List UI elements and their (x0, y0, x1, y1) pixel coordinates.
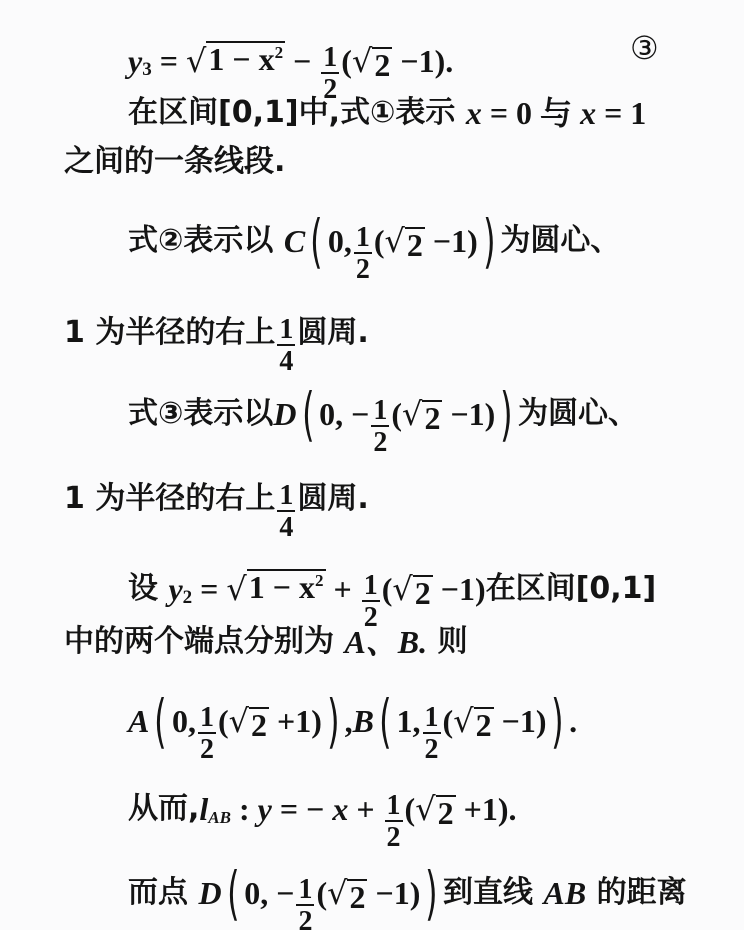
p4-sqrt2: √2 (392, 569, 432, 609)
p3-text-a: 式③表示以 (128, 394, 273, 434)
radical-icon: √ (226, 569, 246, 609)
big-paren-close: ) (500, 389, 512, 439)
p6-l: l (199, 789, 208, 829)
p1-text-a: 在区间[0,1]中,式①表示 (128, 93, 466, 133)
frac-den: 2 (356, 254, 370, 286)
p3-fraction: 12 (371, 397, 389, 459)
p5-separator: , (345, 701, 353, 741)
big-paren-close: ) (552, 696, 564, 746)
paragraph-1-cont: 之间的一条线段. (64, 142, 285, 182)
big-paren-open: ( (154, 696, 166, 746)
p1b-text: 之间的一条线段. (64, 142, 285, 182)
p2-text-b: 为圆心、 (500, 221, 620, 261)
p4-text-a: 设 (128, 569, 168, 609)
p3-inner-a: 0, − (319, 394, 369, 434)
radical-icon: √ (453, 701, 473, 741)
sqrt-body: 2 (474, 707, 494, 741)
circled-three-icon: ③ (630, 28, 659, 68)
p4-tail: −1) (433, 569, 486, 609)
p6-x: x (332, 789, 348, 829)
p1-text-c: = 1 (596, 93, 646, 133)
p3-text-b: 为圆心、 (518, 394, 638, 434)
big-paren-close: ) (483, 216, 495, 266)
frac-den: 4 (279, 346, 293, 378)
p7-fraction: 12 (296, 876, 314, 930)
frac-num: 1 (354, 224, 372, 254)
p4b-text-a: 中的两个端点分别为 (64, 622, 344, 662)
p6-y: y (258, 789, 272, 829)
radical-icon: √ (186, 41, 206, 81)
p1-text-b: = 0 与 (482, 93, 580, 133)
sqrt-body: 2 (249, 707, 269, 741)
p7-sqrt: √2 (327, 873, 367, 913)
p4-sqrt-text: 1 − x (249, 569, 315, 605)
p5-b-rest: −1) (494, 701, 547, 741)
big-paren-open: ( (310, 216, 322, 266)
point-b: B (353, 701, 374, 741)
p4-sqrt-sup: 2 (315, 571, 324, 590)
p5-a-fraction: 12 (198, 704, 216, 766)
p5-a-inner: 0, (172, 701, 196, 741)
frac-den: 2 (200, 734, 214, 766)
frac-den: 2 (298, 906, 312, 930)
equation-3: y3 = √1 − x2 − 12 ( √2 −1). (128, 30, 453, 92)
sqrt-body: 2 (405, 227, 425, 261)
eq3-sqrt-sup: 2 (275, 43, 284, 62)
big-paren-open: ( (379, 696, 391, 746)
paragraph-4: 设 y2 = √1 − x2 + 12 ( √2 −1) 在区间[0,1] (128, 558, 656, 620)
frac-num: 1 (296, 876, 314, 906)
frac-num: 1 (423, 704, 441, 734)
p2-inner-c: −1) (425, 221, 478, 261)
frac-num: 1 (277, 482, 295, 512)
p4-lhs-sub: 2 (183, 578, 193, 618)
paragraph-3: 式③表示以 D ( 0, − 12 ( √2 −1) ) 为圆心、 (128, 383, 638, 445)
p2b-fraction: 14 (277, 316, 295, 378)
paragraph-7: 而点 D ( 0, − 12 ( √2 −1) ) 到直线 AB 的距离 (128, 862, 687, 924)
paragraph-5: A ( 0, 12 ( √2 +1) ) , B ( 1, 12 ( √2 −1… (128, 690, 577, 752)
p7-text-c: 的距离 (586, 873, 686, 913)
paren-open: ( (391, 394, 402, 434)
radical-icon: √ (352, 41, 372, 81)
paren-open: ( (316, 873, 327, 913)
p2b-text-b: 圆周. (297, 313, 368, 353)
p4-lhs: y (168, 569, 182, 609)
eq3-sqrt: √1 − x2 (186, 41, 285, 81)
eq3-lhs: y (128, 41, 142, 81)
radical-icon: √ (229, 701, 249, 741)
p1-x1: x (466, 93, 482, 133)
p5-b-fraction: 12 (423, 704, 441, 766)
p3-sqrt: √2 (402, 394, 442, 434)
p2-sqrt: √2 (385, 221, 425, 261)
p4-equals: = (192, 569, 226, 609)
eq3-minus: − (285, 41, 319, 81)
frac-num: 1 (385, 792, 403, 822)
sqrt-body: 2 (413, 575, 433, 609)
equation-label-3: ③ (630, 28, 659, 68)
paragraph-6: 从而, lAB : y = − x + 12 ( √2 +1). (128, 778, 516, 840)
p4-sqrt-body: 1 − x2 (247, 569, 326, 609)
paren-open: ( (382, 569, 393, 609)
sqrt-body: 2 (436, 795, 456, 829)
p6-rest: +1). (456, 789, 517, 829)
p1-x2: x (580, 93, 596, 133)
paren-open: ( (374, 221, 385, 261)
frac-den: 2 (387, 822, 401, 854)
sqrt-body: 2 (422, 400, 442, 434)
frac-num: 1 (277, 316, 295, 346)
p2-fraction: 12 (354, 224, 372, 286)
p5-b-inner: 1, (397, 701, 421, 741)
eq3-lhs-sub: 3 (142, 50, 152, 90)
radical-icon: √ (392, 569, 412, 609)
p7-inner-a: 0, − (244, 873, 294, 913)
frac-den: 2 (373, 427, 387, 459)
radical-icon: √ (385, 221, 405, 261)
p5-a-sqrt: √2 (229, 701, 269, 741)
frac-num: 1 (321, 44, 339, 74)
big-paren-open: ( (227, 868, 239, 918)
p4-sqrt: √1 − x2 (226, 569, 325, 609)
p4b-points: A、B. (344, 622, 427, 662)
p5-a-rest: +1) (269, 701, 322, 741)
big-paren-close: ) (425, 868, 437, 918)
p6-sqrt: √2 (415, 789, 455, 829)
big-paren-close: ) (327, 696, 339, 746)
p6-eq: = − (272, 789, 332, 829)
p7-ab: AB (543, 873, 586, 913)
p7-text-a: 而点 (128, 873, 198, 913)
sqrt-body: 2 (347, 879, 367, 913)
frac-num: 1 (198, 704, 216, 734)
big-paren-open: ( (302, 389, 314, 439)
frac-den: 2 (425, 734, 439, 766)
paren-open: ( (443, 701, 454, 741)
p2b-text-a: 1 为半径的右上 (64, 313, 275, 353)
paren-open: ( (218, 701, 229, 741)
p4b-text-b: 则 (427, 622, 467, 662)
p6-text-a: 从而, (128, 789, 199, 829)
paren-open: ( (405, 789, 416, 829)
paren-open: ( (341, 41, 352, 81)
point-d: D (273, 394, 296, 434)
paragraph-2-cont: 1 为半径的右上 14 圆周. (64, 302, 369, 364)
p3b-text-b: 圆周. (297, 479, 368, 519)
frac-num: 1 (371, 397, 389, 427)
radical-icon: √ (402, 394, 422, 434)
p7-text-b: 到直线 (443, 873, 543, 913)
p3-inner-c: −1) (442, 394, 495, 434)
p6-colon: : (231, 789, 258, 829)
frac-num: 1 (362, 572, 380, 602)
eq3-sqrt-body: 1 − x2 (206, 41, 285, 81)
p3b-text-a: 1 为半径的右上 (64, 479, 275, 519)
radical-icon: √ (415, 789, 435, 829)
paragraph-3-cont: 1 为半径的右上 14 圆周. (64, 468, 369, 530)
p5-b-sqrt: √2 (453, 701, 493, 741)
frac-den: 4 (279, 512, 293, 544)
eq3-tail: −1). (392, 41, 453, 81)
eq3-equals: = (152, 41, 186, 81)
p7-inner-c: −1) (367, 873, 420, 913)
sqrt-body: 2 (372, 47, 392, 81)
p5-end: . (569, 701, 577, 741)
point-a: A (128, 701, 149, 741)
point-d: D (198, 873, 221, 913)
eq3-sqrt-text: 1 − x (208, 41, 274, 77)
p2-inner-a: 0, (328, 221, 352, 261)
eq3-sqrt2: √2 (352, 41, 392, 81)
p3b-fraction: 14 (277, 482, 295, 544)
p6-l-sub: AB (208, 798, 231, 838)
point-c: C (284, 221, 305, 261)
p6-plus: + (348, 789, 382, 829)
paragraph-1: 在区间[0,1]中,式①表示 x = 0 与 x = 1 (128, 93, 646, 133)
radical-icon: √ (327, 873, 347, 913)
p4-plus: + (326, 569, 360, 609)
paragraph-4-cont: 中的两个端点分别为 A、B. 则 (64, 622, 468, 662)
p2-text-a: 式②表示以 (128, 221, 284, 261)
paragraph-2: 式②表示以 C ( 0, 12 ( √2 −1) ) 为圆心、 (128, 210, 620, 272)
p4-text-b: 在区间[0,1] (486, 569, 657, 609)
p6-fraction: 12 (385, 792, 403, 854)
